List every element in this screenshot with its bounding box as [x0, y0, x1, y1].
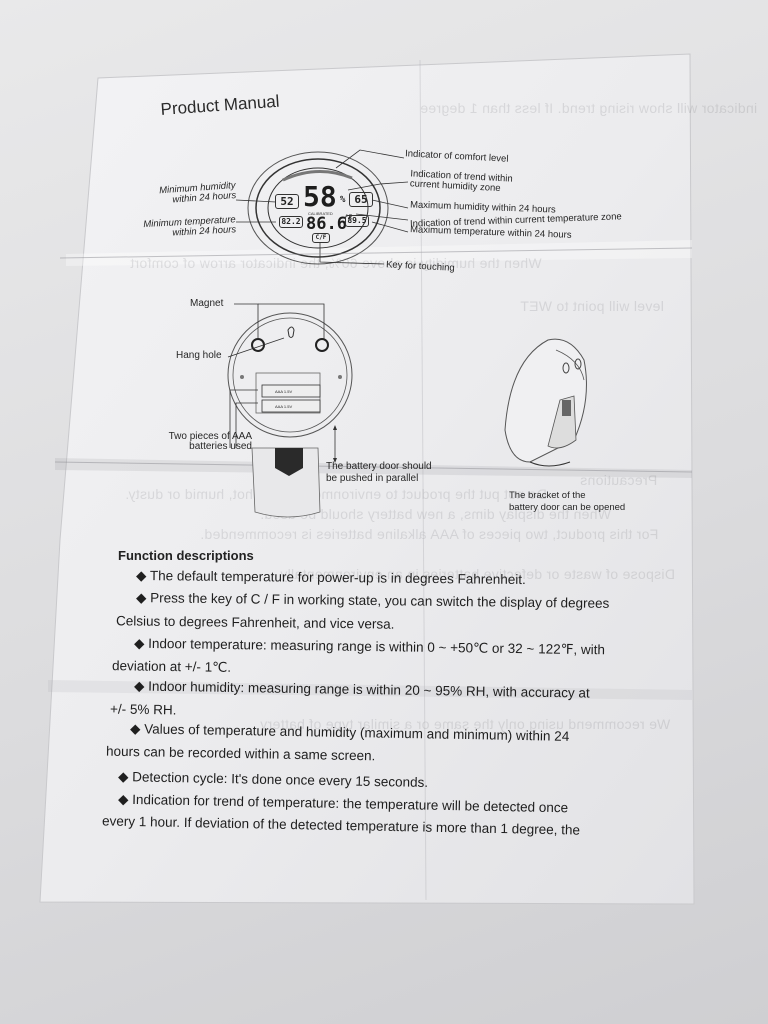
function-line: deviation at +/- 1℃.	[112, 658, 231, 676]
battery-label-top: AAA 1.5V	[275, 387, 292, 397]
function-line: +/- 5% RH.	[110, 701, 177, 718]
label-hang-hole: Hang hole	[176, 351, 222, 361]
label-magnet: Magnet	[190, 299, 223, 309]
manual-page: indicator will show rising trend. If les…	[0, 0, 768, 1024]
back-view-diagram	[0, 0, 768, 1024]
magnet-right-icon	[316, 339, 328, 351]
function-descriptions-heading: Function descriptions	[118, 548, 254, 563]
label-bracket: The bracket of the battery door can be o…	[509, 490, 625, 514]
function-line: Celsius to degrees Fahrenheit, and vice …	[116, 613, 395, 632]
label-batteries: Two pieces of AAA batteries used	[164, 432, 252, 452]
battery-label-bottom: AAA 1.5V	[275, 402, 292, 412]
label-battery-door: The battery door should be pushed in par…	[326, 461, 432, 485]
